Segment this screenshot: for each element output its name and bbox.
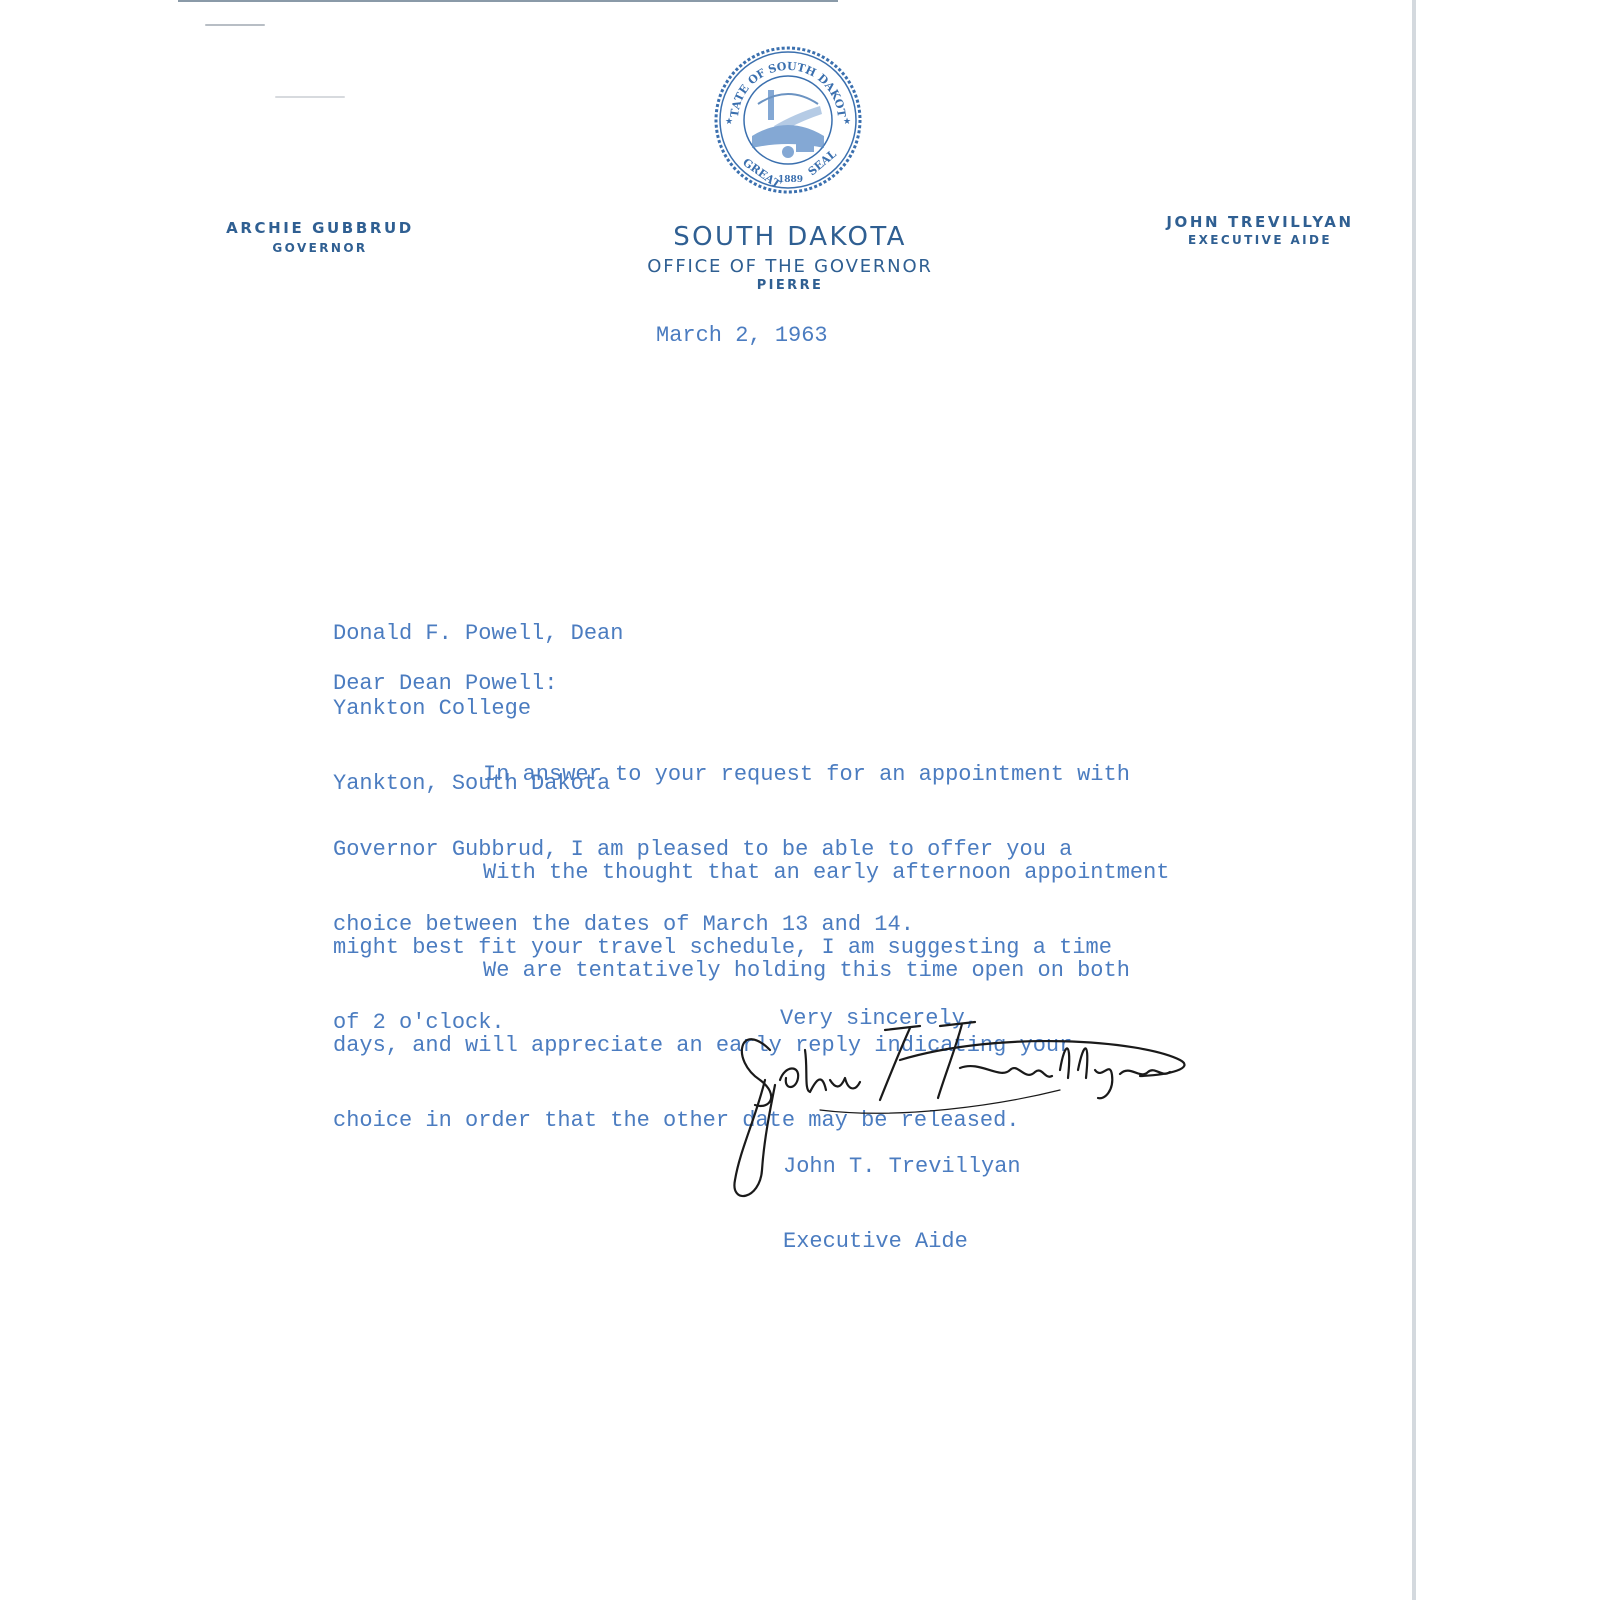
letterhead-governor: ARCHIE GUBBRUD GOVERNOR [210,219,430,255]
svg-text:★: ★ [843,116,851,126]
paragraph-line: In answer to your request for an appoint… [333,762,1130,787]
letter-date: March 2, 1963 [656,323,828,348]
state-seal-icon: STATE OF SOUTH DAKOTA GREAT SEAL 1889 ★ … [712,44,864,196]
aide-name: JOHN TREVILLYAN [1150,213,1370,231]
letterhead-office-name: OFFICE OF THE GOVERNOR [600,256,980,277]
svg-text:1889: 1889 [778,175,803,185]
recipient-line: Donald F. Powell, Dean [333,621,623,646]
governor-title: GOVERNOR [210,241,430,255]
paragraph-line: We are tentatively holding this time ope… [333,958,1130,983]
letterhead-state: SOUTH DAKOTA [600,222,980,252]
paper-smudge [275,96,345,98]
signature-block: John T. Trevillyan Executive Aide [783,1104,1021,1279]
governor-name: ARCHIE GUBBRUD [210,219,430,237]
paper-top-edge [178,0,838,2]
salutation: Dear Dean Powell: [333,671,557,696]
svg-text:★: ★ [725,116,733,126]
aide-title: EXECUTIVE AIDE [1150,233,1370,247]
paper-smudge [205,24,265,26]
paragraph-line: With the thought that an early afternoon… [333,860,1170,885]
signer-title: Executive Aide [783,1229,1021,1254]
signer-name: John T. Trevillyan [783,1154,1021,1179]
paper-right-edge [1412,0,1416,1600]
letterhead-aide: JOHN TREVILLYAN EXECUTIVE AIDE [1150,213,1370,247]
letterhead-city: PIERRE [600,278,980,293]
letterhead-office: SOUTH DAKOTA OFFICE OF THE GOVERNOR PIER… [600,222,980,293]
